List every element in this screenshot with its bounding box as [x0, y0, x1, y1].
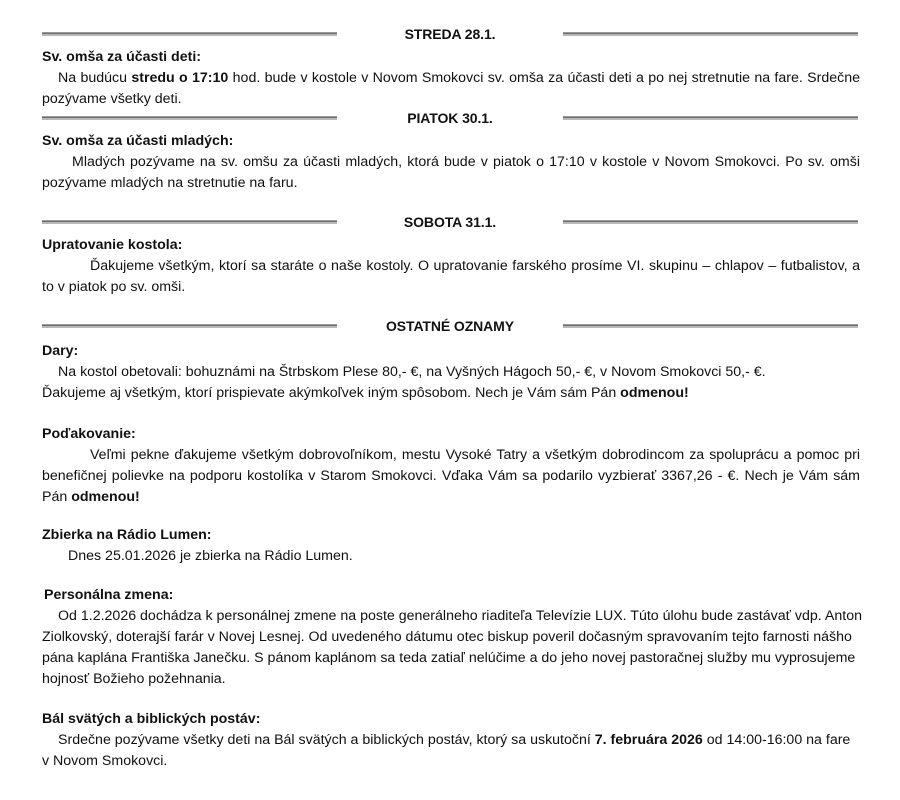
- announcement-text: Mladých pozývame na sv. omšu za účasti m…: [42, 152, 860, 194]
- announcement-zbierka: Zbierka na Rádio Lumen: Dnes 25.01.2026 …: [42, 525, 860, 567]
- announcement-piatok: Sv. omša za účasti mladých: Mladých pozý…: [42, 131, 860, 194]
- divider-right: [563, 116, 858, 120]
- divider-left: [42, 220, 337, 224]
- announcement-sobota: Upratovanie kostola: Ďakujeme všetkým, k…: [42, 235, 860, 298]
- divider-left: [42, 32, 337, 36]
- announcement-personalna: Personálna zmena: Od 1.2.2026 dochádza k…: [44, 585, 862, 690]
- divider-left: [42, 116, 337, 120]
- bold-text: stredu o 17:10: [131, 70, 228, 86]
- bold-text: odmenou!: [620, 385, 689, 401]
- announcement-text: Na kostol obetovali: bohuznámi na Štrbsk…: [42, 362, 860, 383]
- text-run: Srdečne pozývame všetky deti na Bál svät…: [58, 732, 595, 748]
- divider-right: [563, 324, 858, 328]
- announcement-heading: Upratovanie kostola:: [42, 235, 860, 256]
- section-title: SOBOTA 31.1.: [337, 212, 563, 233]
- bold-text: 7. februára 2026: [595, 732, 703, 748]
- section-title: STREDA 28.1.: [337, 24, 563, 45]
- section-title: PIATOK 30.1.: [337, 108, 563, 129]
- text-run: Veľmi pekne ďakujeme všetkým dobrovoľník…: [42, 447, 860, 505]
- divider-right: [563, 32, 858, 36]
- announcement-text: Ďakujeme aj všetkým, ktorí prispievate a…: [42, 383, 860, 404]
- section-header-piatok: PIATOK 30.1.: [42, 108, 858, 128]
- announcement-heading: Poďakovanie:: [42, 424, 860, 445]
- announcement-text: Od 1.2.2026 dochádza k personálnej zmene…: [42, 606, 862, 690]
- announcement-text: Srdečne pozývame všetky deti na Bál svät…: [42, 730, 860, 772]
- text-run: Ďakujeme aj všetkým, ktorí prispievate a…: [42, 385, 620, 401]
- announcement-heading: Zbierka na Rádio Lumen:: [42, 525, 860, 546]
- announcement-text: Ďakujeme všetkým, ktorí sa staráte o naš…: [42, 256, 860, 298]
- announcement-dary: Dary: Na kostol obetovali: bohuznámi na …: [42, 341, 860, 404]
- announcement-heading: Personálna zmena:: [44, 585, 862, 606]
- divider-left: [42, 324, 337, 328]
- announcement-streda: Sv. omša za účasti deti: Na budúcu stred…: [42, 47, 860, 110]
- divider-right: [563, 220, 858, 224]
- announcement-heading: Sv. omša za účasti deti:: [42, 47, 860, 68]
- announcement-heading: Sv. omša za účasti mladých:: [42, 131, 860, 152]
- section-title: OSTATNÉ OZNAMY: [337, 316, 563, 337]
- announcement-text: Veľmi pekne ďakujeme všetkým dobrovoľník…: [42, 445, 860, 508]
- announcement-heading: Dary:: [42, 341, 860, 362]
- announcement-text: Dnes 25.01.2026 je zbierka na Rádio Lume…: [42, 546, 860, 567]
- section-header-ostatne: OSTATNÉ OZNAMY: [42, 316, 858, 336]
- section-header-sobota: SOBOTA 31.1.: [42, 212, 858, 232]
- text-run: Na budúcu: [58, 70, 131, 86]
- announcement-podakovanie: Poďakovanie: Veľmi pekne ďakujeme všetký…: [42, 424, 860, 508]
- announcement-text: Na budúcu stredu o 17:10 hod. bude v kos…: [42, 68, 860, 110]
- announcement-heading: Bál svätých a biblických postáv:: [42, 709, 860, 730]
- bold-text: odmenou!: [71, 489, 140, 505]
- section-header-streda: STREDA 28.1.: [42, 24, 858, 44]
- announcement-bal: Bál svätých a biblických postáv: Srdečne…: [42, 709, 860, 772]
